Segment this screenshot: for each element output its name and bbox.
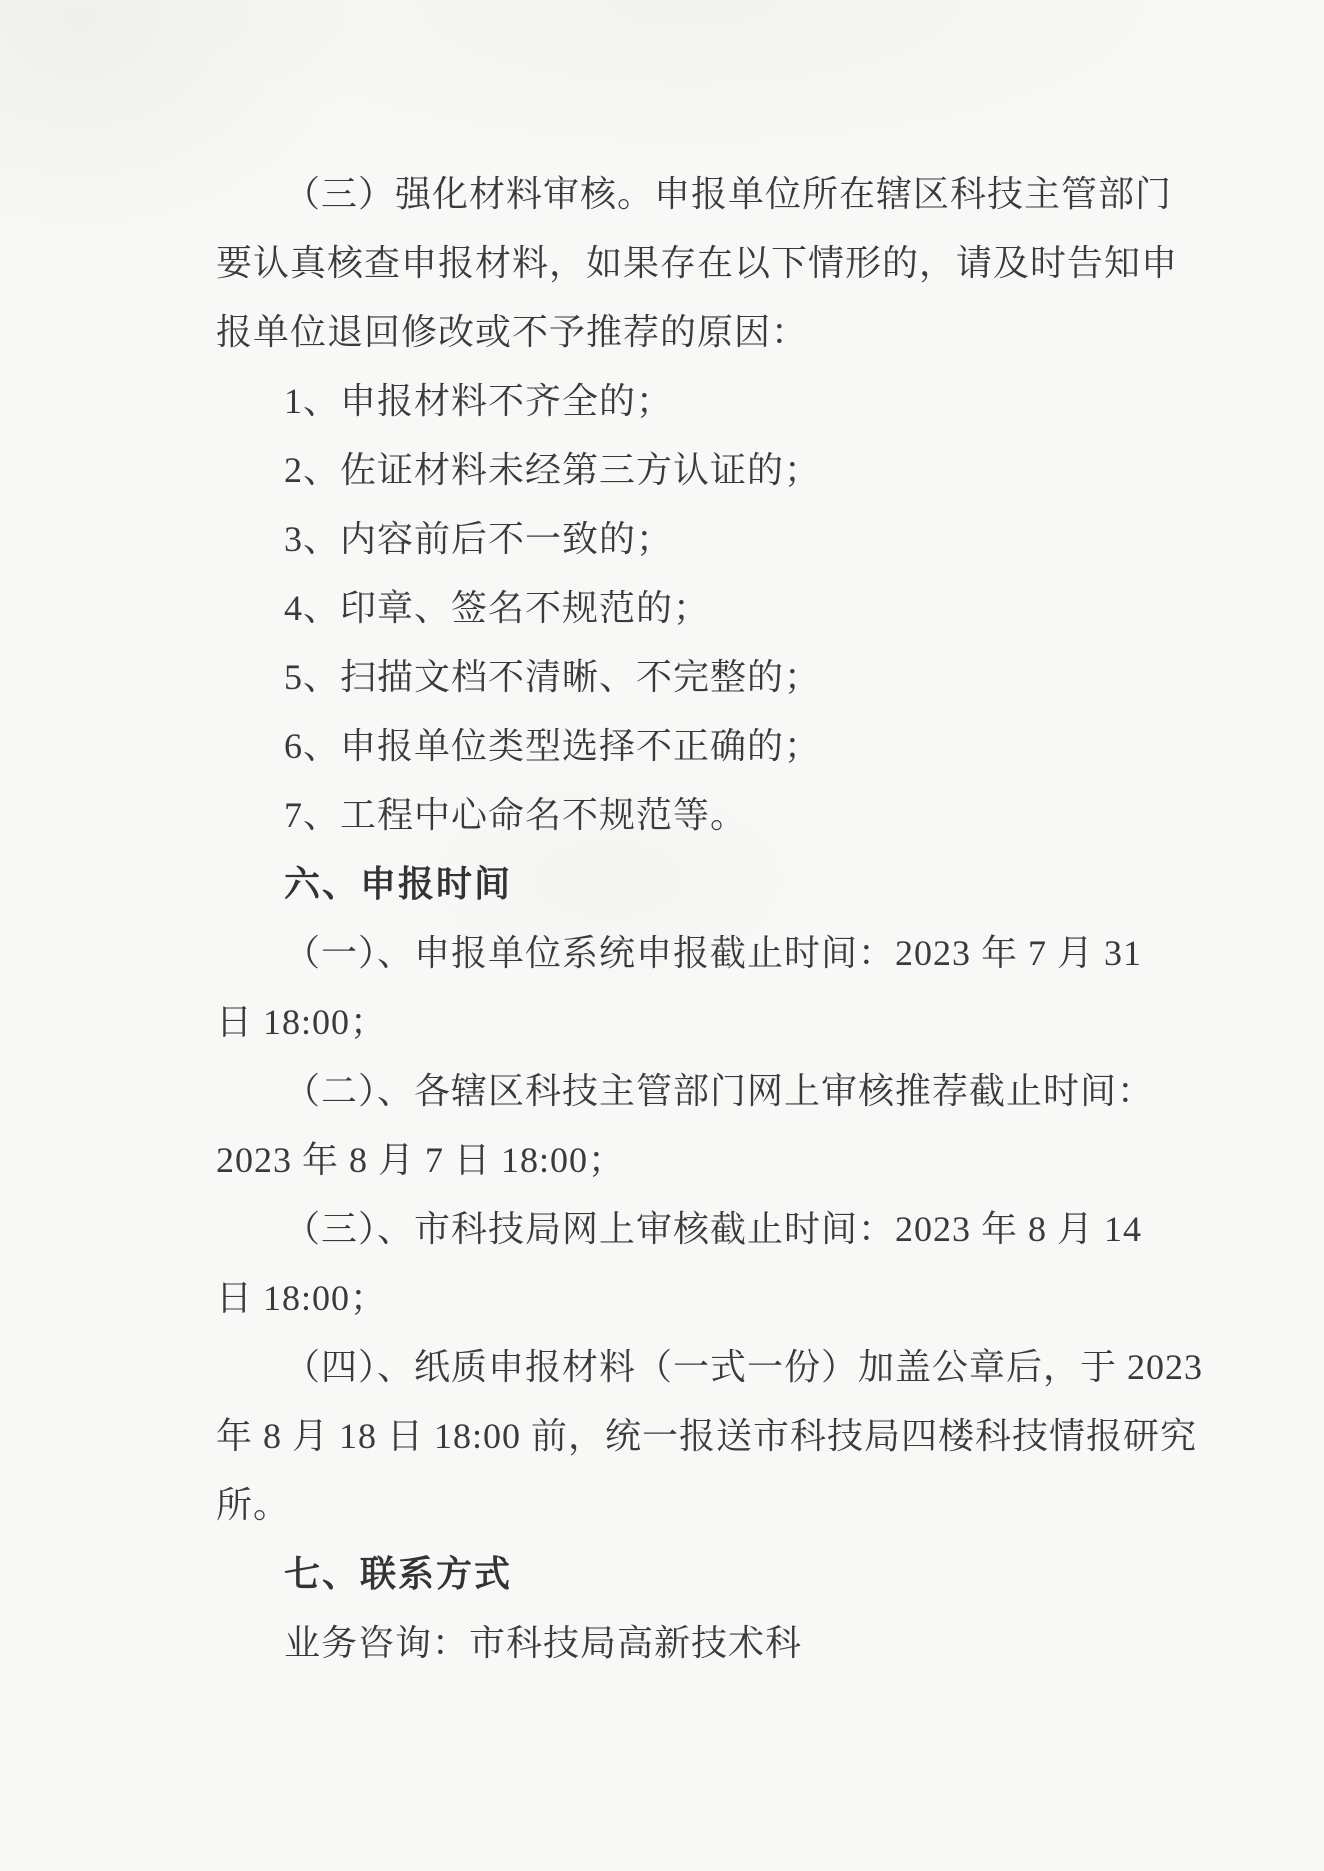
section-heading-application-time: 六、申报时间 bbox=[216, 850, 1214, 919]
contact-business-consult-line: 业务咨询：市科技局高新技术科 bbox=[216, 1609, 1214, 1678]
deadline-item-3-line-2: 日 18:00； bbox=[216, 1264, 1214, 1333]
para-material-review-line-1: （三）强化材料审核。申报单位所在辖区科技主管部门 bbox=[216, 160, 1214, 229]
list-item-4: 4、印章、签名不规范的； bbox=[216, 574, 1214, 643]
deadline-item-3-line-1: （三）、市科技局网上审核截止时间：2023 年 8 月 14 bbox=[216, 1195, 1214, 1264]
list-item-1: 1、申报材料不齐全的； bbox=[216, 367, 1214, 436]
deadline-item-2-line-1: （二）、各辖区科技主管部门网上审核推荐截止时间： bbox=[216, 1057, 1214, 1126]
deadline-item-4-line-1: （四）、纸质申报材料（一式一份）加盖公章后，于 2023 bbox=[216, 1333, 1214, 1402]
deadline-item-1-line-2: 日 18:00； bbox=[216, 988, 1214, 1057]
para-material-review-line-3: 报单位退回修改或不予推荐的原因： bbox=[216, 298, 1214, 367]
list-item-7: 7、工程中心命名不规范等。 bbox=[216, 781, 1214, 850]
list-item-2: 2、佐证材料未经第三方认证的； bbox=[216, 436, 1214, 505]
para-material-review-line-2: 要认真核查申报材料，如果存在以下情形的，请及时告知申 bbox=[216, 229, 1214, 298]
list-item-6: 6、申报单位类型选择不正确的； bbox=[216, 712, 1214, 781]
list-item-5: 5、扫描文档不清晰、不完整的； bbox=[216, 643, 1214, 712]
deadline-item-4-line-3: 所。 bbox=[216, 1471, 1214, 1540]
deadline-item-2-line-2: 2023 年 8 月 7 日 18:00； bbox=[216, 1126, 1214, 1195]
scanned-document-page: （三）强化材料审核。申报单位所在辖区科技主管部门 要认真核查申报材料，如果存在以… bbox=[216, 160, 1214, 1678]
deadline-item-4-line-2: 年 8 月 18 日 18:00 前，统一报送市科技局四楼科技情报研究 bbox=[216, 1402, 1214, 1471]
section-heading-contact: 七、联系方式 bbox=[216, 1540, 1214, 1609]
deadline-item-1-line-1: （一）、申报单位系统申报截止时间：2023 年 7 月 31 bbox=[216, 919, 1214, 988]
list-item-3: 3、内容前后不一致的； bbox=[216, 505, 1214, 574]
